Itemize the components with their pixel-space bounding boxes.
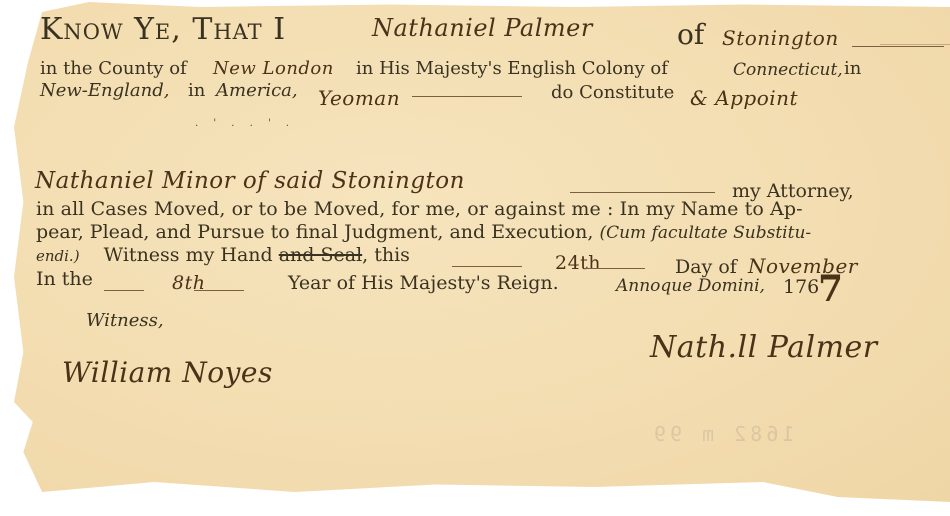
- principal-name: Nathaniel Palmer: [372, 14, 593, 42]
- body-line-2: pear, Plead, and Pursue to final Judgmen…: [36, 221, 811, 243]
- body-line-2-text: pear, Plead, and Pursue to final Judgmen…: [36, 221, 593, 243]
- fill-rule: [452, 266, 522, 267]
- principal-signature: Nath.ll Palmer: [650, 330, 878, 365]
- region: New-England,: [40, 80, 169, 101]
- line-know-ye: Know Ye, That I: [40, 12, 286, 47]
- fold-crease: [880, 44, 950, 45]
- printed-witness: Witness my Hand: [104, 244, 273, 266]
- witness-signature: William Noyes: [62, 356, 273, 389]
- occupation: Yeoman: [318, 86, 400, 110]
- fill-rule: [852, 46, 944, 47]
- printed-this: , this: [362, 244, 410, 266]
- body-line-1: in all Cases Moved, or to be Moved, for …: [36, 198, 803, 220]
- latin-clause-2: endi.): [36, 247, 80, 265]
- year-printed: 176: [783, 276, 819, 298]
- printed-constitute: do Constitute: [551, 82, 674, 103]
- continent: America,: [216, 80, 298, 101]
- latin-clause-1: (Cum facultate Substitu-: [599, 223, 811, 243]
- county-name: New London: [213, 58, 334, 79]
- anno-domini-label: Annoque Domini,: [616, 276, 765, 296]
- handwritten-appoint: & Appoint: [690, 86, 798, 110]
- fill-rule: [570, 192, 715, 193]
- printed-year-of: Year of His Majesty's Reign.: [288, 272, 559, 294]
- struck-and-seal: and Seal: [279, 244, 362, 266]
- witness-line: endi.) Witness my Hand and Seal, this: [36, 244, 410, 266]
- ink-specks: . ' . . ' .: [195, 118, 295, 129]
- printed-county: in the County of: [40, 58, 187, 79]
- bleed-through-text: 1682 m 99: [650, 422, 794, 446]
- colony-name: Connecticut,: [733, 60, 843, 80]
- printed-colony: in His Majesty's English Colony of: [356, 58, 668, 79]
- in-label: in: [844, 58, 861, 79]
- fill-rule: [104, 290, 144, 291]
- printed-in-the: In the: [36, 268, 93, 290]
- year-handwritten-digit: 7: [818, 268, 844, 310]
- of-label: of: [677, 18, 704, 51]
- printed-day-of: Day of: [675, 256, 737, 278]
- witness-label: Witness,: [86, 310, 164, 331]
- day-value: 24th: [555, 252, 601, 274]
- attorney-name: Nathaniel Minor of said Stonington: [35, 168, 465, 194]
- fill-rule: [194, 290, 244, 291]
- fill-rule: [412, 96, 522, 97]
- printed-intro: Know Ye, That I: [40, 12, 286, 47]
- in-label-2: in: [188, 80, 205, 101]
- principal-town: Stonington: [722, 26, 839, 50]
- line-county: in the County of: [40, 58, 187, 79]
- fill-rule: [585, 268, 645, 269]
